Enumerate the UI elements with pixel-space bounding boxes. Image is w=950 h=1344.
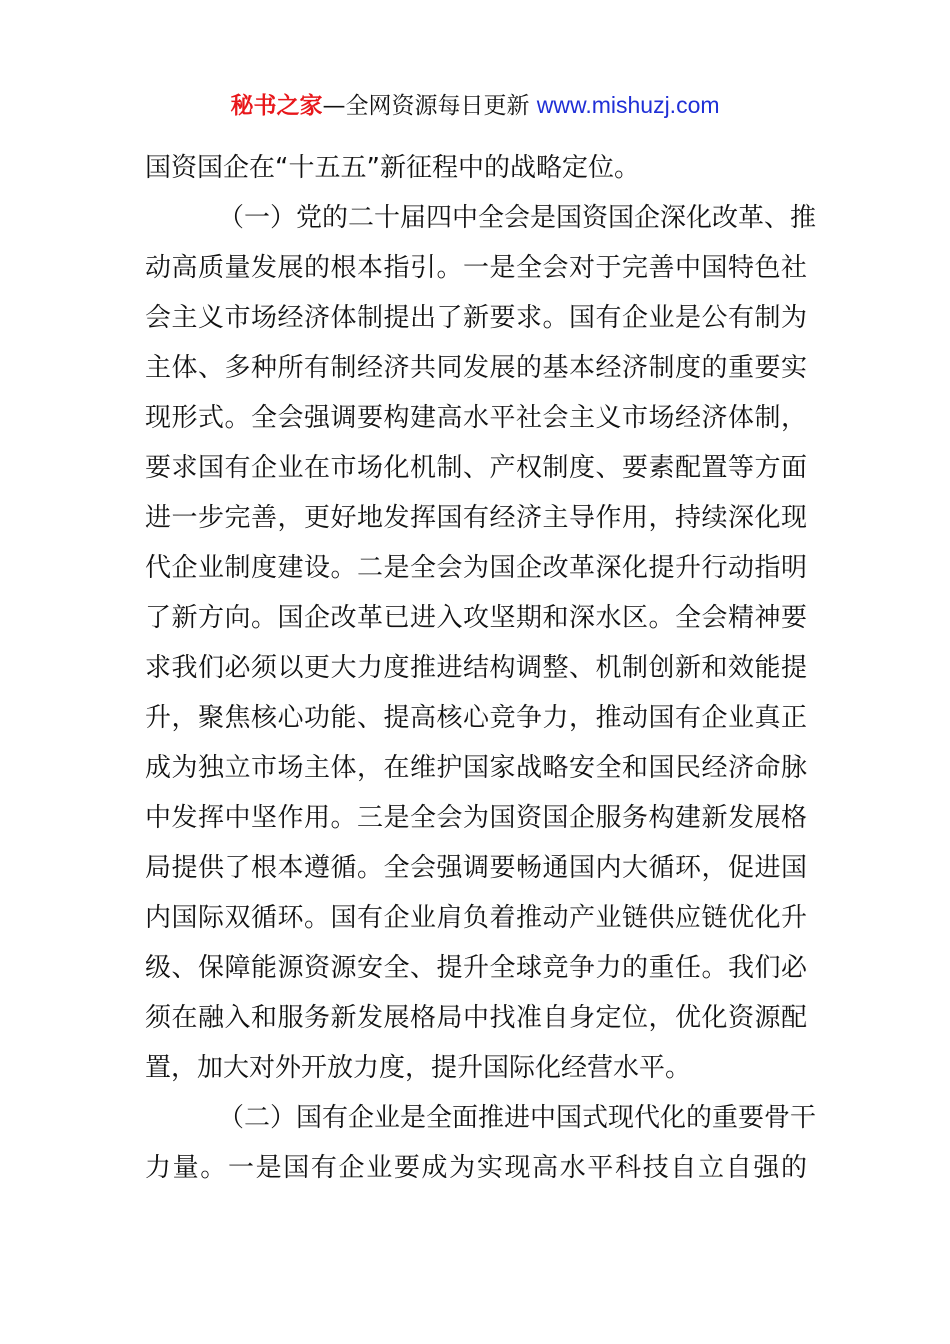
text-line: 力量。一是国有企业要成为实现高水平科技自立自强的: [145, 1143, 807, 1193]
text-line: 了新方向。国企改革已进入攻坚期和深水区。全会精神要: [145, 593, 807, 643]
text-line: 内国际双循环。国有企业肩负着推动产业链供应链优化升: [145, 893, 807, 943]
site-tagline: —全网资源每日更新: [322, 93, 536, 119]
text-line: 要求国有企业在市场化机制、产权制度、要素配置等方面: [145, 443, 807, 493]
text-line: 国资国企在“十五五”新征程中的战略定位。: [145, 143, 807, 193]
text-line: 代企业制度建设。二是全会为国企改革深化提升行动指明: [145, 543, 807, 593]
document-body: 国资国企在“十五五”新征程中的战略定位。 （一）党的二十届四中全会是国资国企深化…: [145, 143, 807, 1193]
site-url-link[interactable]: www.mishuzj.com: [537, 92, 720, 118]
text-line: 须在融入和服务新发展格局中找准自身定位，优化资源配: [145, 993, 807, 1043]
text-line: 成为独立市场主体，在维护国家战略安全和国民经济命脉: [145, 743, 807, 793]
text-line: 进一步完善，更好地发挥国有经济主导作用，持续深化现: [145, 493, 807, 543]
site-brand: 秘书之家: [230, 93, 322, 119]
site-header: 秘书之家—全网资源每日更新 www.mishuzj.com: [0, 88, 950, 123]
paragraph-start-line: （二）国有企业是全面推进中国式现代化的重要骨干: [145, 1093, 807, 1143]
paragraph-end-line: 置，加大对外开放力度，提升国际化经营水平。: [145, 1043, 807, 1093]
text-line: 级、保障能源资源安全、提升全球竞争力的重任。我们必: [145, 943, 807, 993]
text-line: 现形式。全会强调要构建高水平社会主义市场经济体制，: [145, 393, 807, 443]
text-line: 动高质量发展的根本指引。一是全会对于完善中国特色社: [145, 243, 807, 293]
text-line: 主体、多种所有制经济共同发展的基本经济制度的重要实: [145, 343, 807, 393]
text-line: 求我们必须以更大力度推进结构调整、机制创新和效能提: [145, 643, 807, 693]
text-line: 会主义市场经济体制提出了新要求。国有企业是公有制为: [145, 293, 807, 343]
paragraph-start-line: （一）党的二十届四中全会是国资国企深化改革、推: [145, 193, 807, 243]
text-line: 升，聚焦核心功能、提高核心竞争力，推动国有企业真正: [145, 693, 807, 743]
text-line: 局提供了根本遵循。全会强调要畅通国内大循环，促进国: [145, 843, 807, 893]
text-line: 中发挥中坚作用。三是全会为国资国企服务构建新发展格: [145, 793, 807, 843]
